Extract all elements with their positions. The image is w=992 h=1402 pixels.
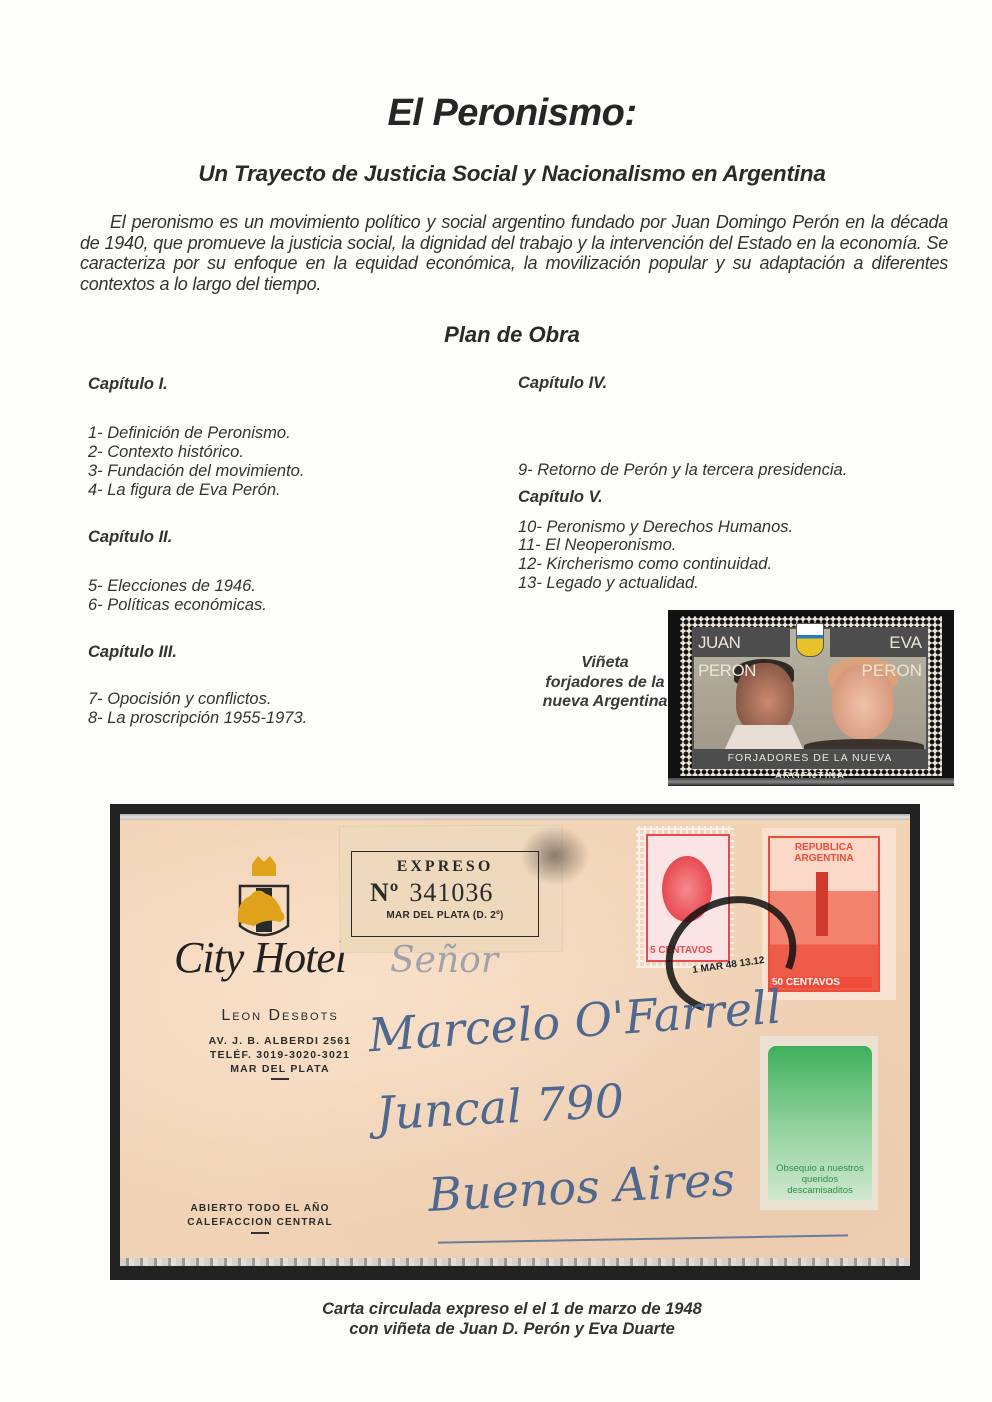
chapter-items: 7- Opocisión y conflictos. 8- La proscri… [88,690,307,728]
caption-line: con viñeta de Juan D. Perón y Eva Duarte [0,1319,992,1339]
chapter-heading: Capítulo III. [88,643,177,662]
handwritten-recipient: Marcelo O'Farrell [367,980,783,1063]
plan-title: Plan de Obra [0,322,992,348]
frame-shine [668,778,954,786]
expreso-title: EXPRESO [352,858,538,876]
chapter-items: 5- Elecciones de 1946. 6- Políticas econ… [88,577,267,615]
stamp-green-vignette: Obsequio a nuestros queridos descamisadi… [768,1046,872,1200]
mount-edge-top [120,814,910,820]
chapter-item: 3- Fundación del movimiento. [88,462,304,481]
number-prefix: Nº [370,878,399,907]
divider [271,1078,289,1080]
chapter-item: 9- Retorno de Perón y la tercera preside… [518,461,847,480]
vineta-label: Viñeta forjadores de la nueva Argentina [540,653,670,712]
vineta-stamp-image: JUAN PERON EVA PERON FORJADORES DE LA NU… [668,610,954,786]
shield-icon [796,623,824,657]
hotel-footer: ABIERTO TODO EL AÑO CALEFACCION CENTRAL [180,1202,340,1234]
chapter-heading: Capítulo II. [88,528,172,547]
hotel-name: City Hotel [174,932,346,983]
page-title: El Peronismo: [0,92,992,135]
chapter-item: 7- Opocisión y conflictos. [88,690,307,709]
chapter-heading: Capítulo V. [518,488,603,507]
expreso-number: Nº341036 [370,878,493,908]
chapter-items: 11- El Neoperonismo. 12- Kircherismo com… [518,536,772,593]
envelope-caption: Carta circulada expreso el el 1 de marzo… [0,1299,992,1339]
chapter-item: 1- Definición de Peronismo. [88,424,304,443]
intro-text: El peronismo es un movimiento político y… [80,212,948,294]
chapter-items: 1- Definición de Peronismo. 2- Contexto … [88,424,304,500]
chapter-item: 6- Políticas económicas. [88,596,267,615]
chapter-item: 4- La figura de Eva Perón. [88,481,304,500]
page-subtitle: Un Trayecto de Justicia Social y Naciona… [0,161,992,187]
address-line: AV. J. B. ALBERDI 2561 [188,1034,372,1048]
footer-line: CALEFACCION CENTRAL [180,1216,340,1230]
juan-peron-shirt [724,725,804,751]
chapter-item: 10- Peronismo y Derechos Humanos. [518,518,847,537]
chapter-heading: Capítulo IV. [518,374,607,393]
chapter-item: 13- Legado y actualidad. [518,574,772,593]
stamp-header: REPUBLICA ARGENTINA [774,842,874,864]
hotel-owner: Leon Desbots [190,1007,370,1025]
divider [251,1232,269,1234]
chapter-item: 5- Elecciones de 1946. [88,577,267,596]
caption-line: Carta circulada expreso el el 1 de marzo… [0,1299,992,1319]
chapter-heading: Capítulo I. [88,375,168,394]
address-line: TELÉF. 3019-3020-3021 [188,1048,372,1062]
handwritten-city: Buenos Aires [427,1152,736,1222]
expreso-label: EXPRESO Nº341036 MAR DEL PLATA (D. 2º) [351,851,539,937]
stamp-label-bottom: FORJADORES DE LA NUEVA ARGENTINA [694,749,926,767]
oil-tower-icon [816,872,828,936]
expreso-place: MAR DEL PLATA (D. 2º) [352,910,538,921]
stamp-label-left: JUAN PERON [694,629,790,657]
handwritten-street: Juncal 790 [375,1074,626,1141]
chapter-item: 11- El Neoperonismo. [518,536,772,555]
chapter-item: 12- Kircherismo como continuidad. [518,555,772,574]
stamp-label-right: EVA PERON [830,629,926,657]
chapter-item: 8- La proscripción 1955-1973. [88,709,307,728]
handwritten-underline [438,1234,848,1243]
intro-paragraph: El peronismo es un movimiento político y… [80,212,948,294]
chapter-item: 2- Contexto histórico. [88,443,304,462]
envelope: City Hotel Leon Desbots AV. J. B. ALBERD… [120,814,910,1266]
number-value: 341036 [409,878,493,907]
address-line: MAR DEL PLATA [188,1062,372,1076]
stamp-vignette: JUAN PERON EVA PERON FORJADORES DE LA NU… [692,627,928,769]
stamp-text: Obsequio a nuestros queridos descamisadi… [770,1163,870,1196]
footer-line: ABIERTO TODO EL AÑO [180,1202,340,1216]
hotel-address: AV. J. B. ALBERDI 2561 TELÉF. 3019-3020-… [188,1034,372,1080]
envelope-image: City Hotel Leon Desbots AV. J. B. ALBERD… [110,804,920,1280]
mount-edge-bottom [120,1258,910,1266]
handwritten-salutation: Señor [390,940,498,981]
